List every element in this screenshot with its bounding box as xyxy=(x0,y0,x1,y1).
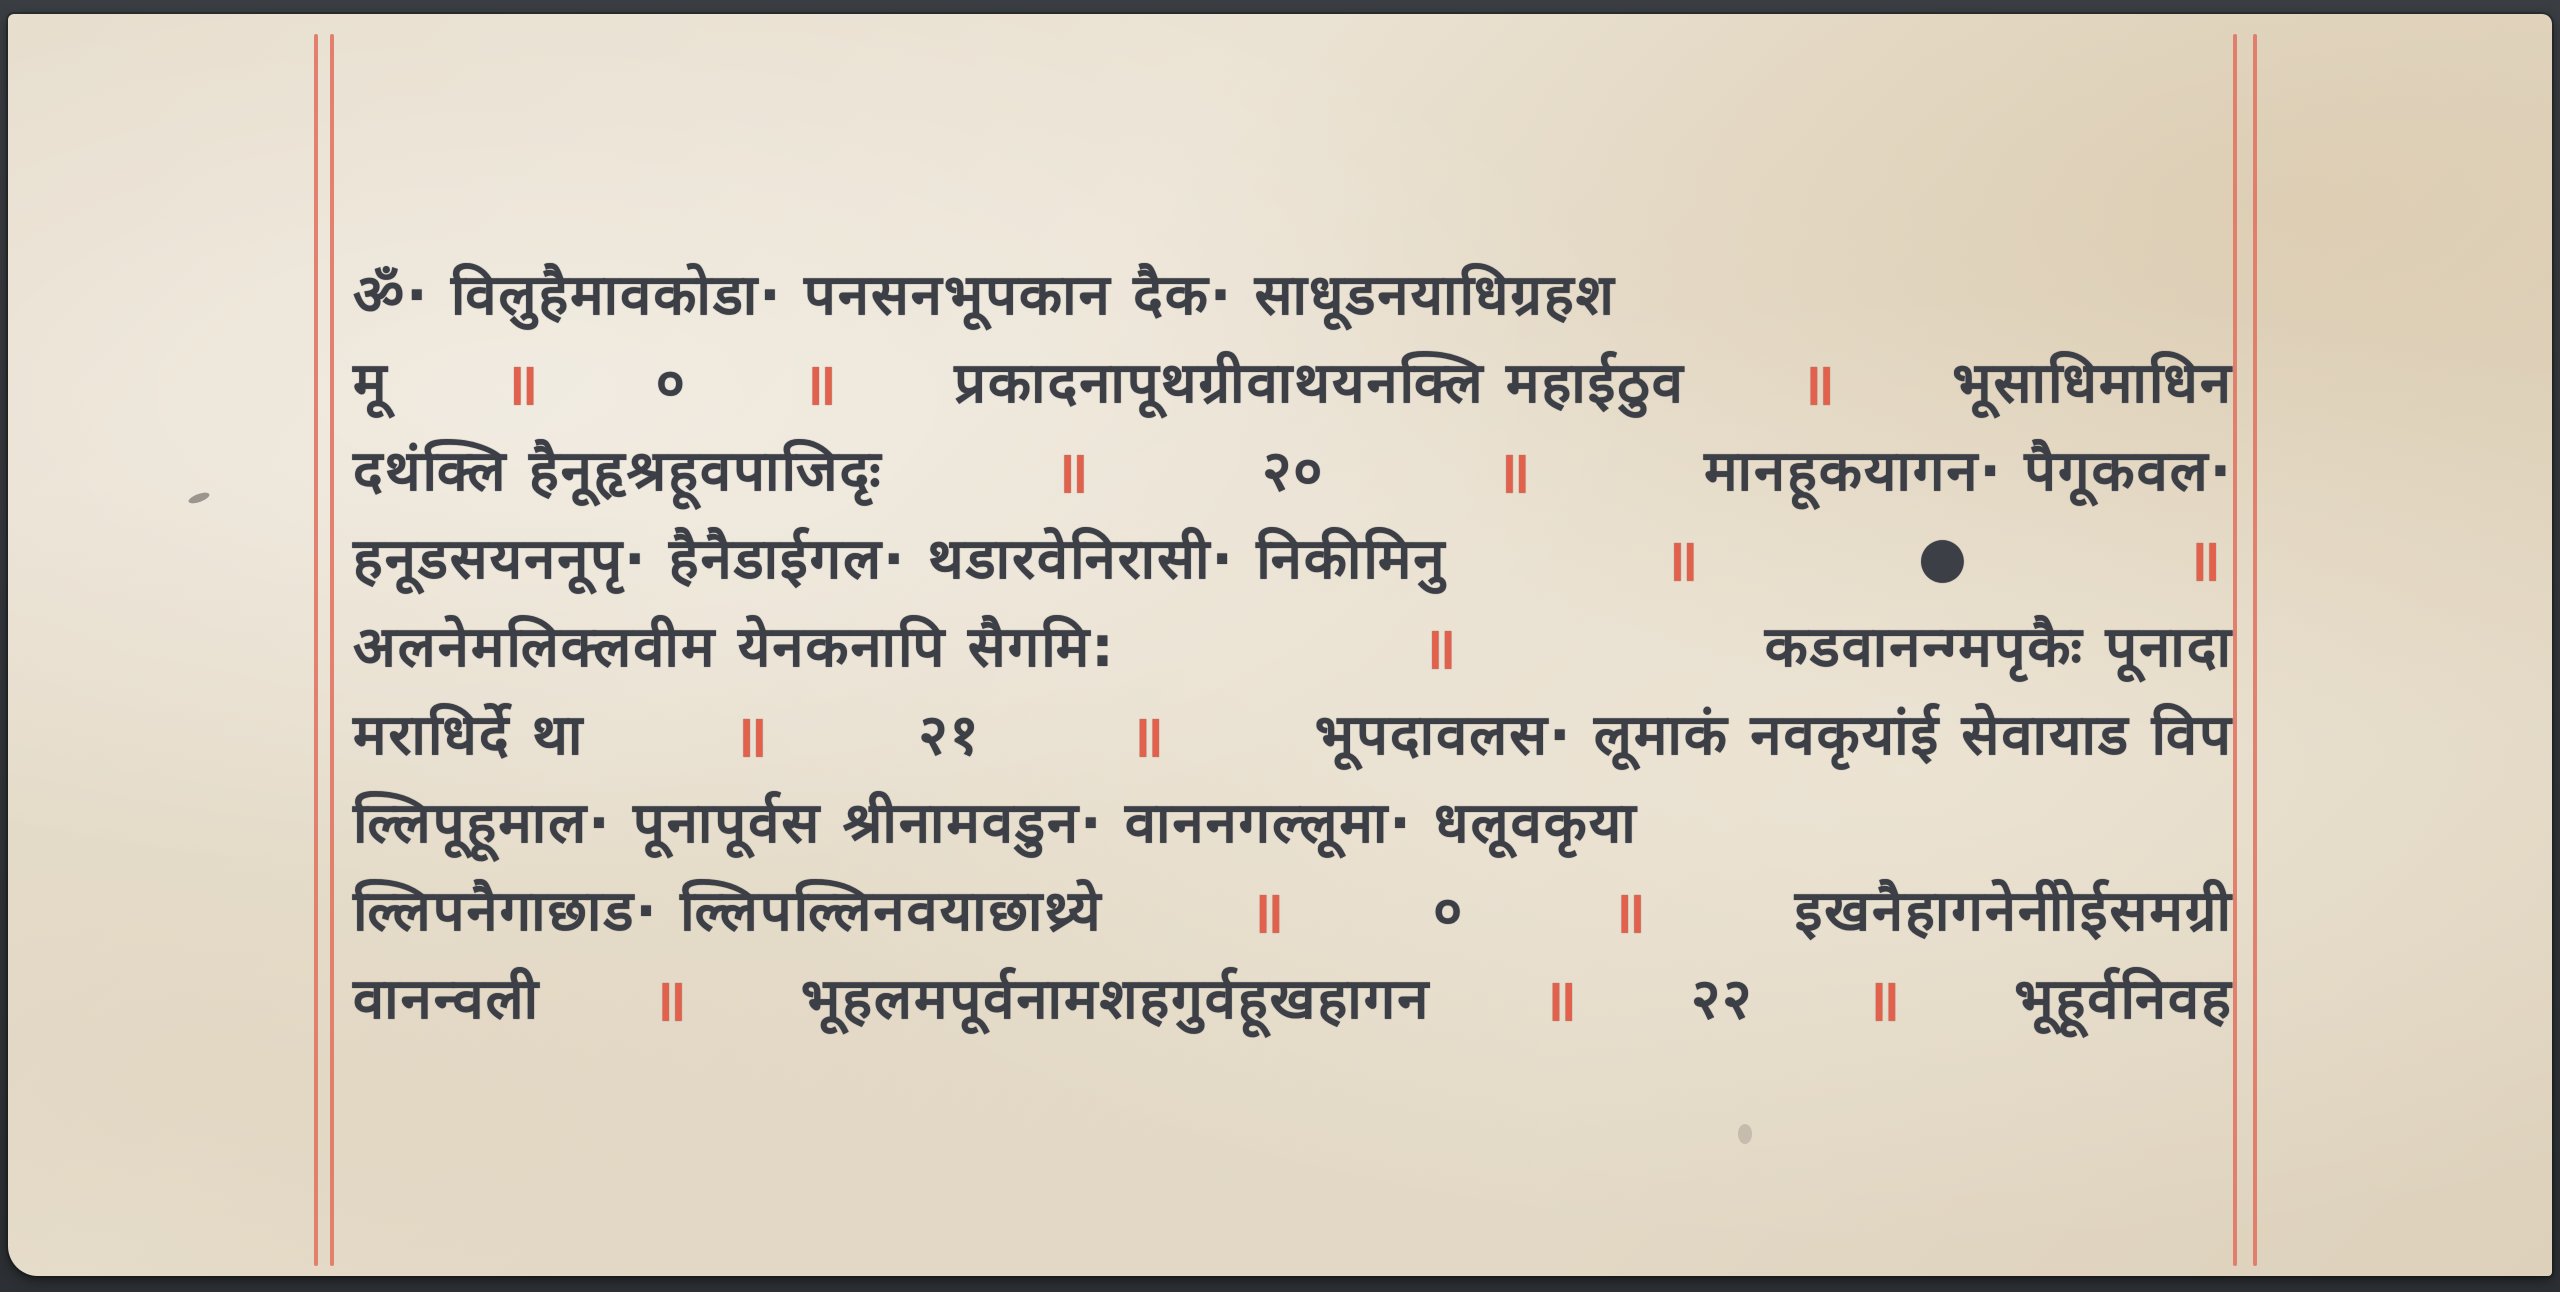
red-double-danda: ॥ xyxy=(2186,518,2223,597)
red-double-danda: ॥ xyxy=(1611,870,1648,949)
text-line-8: ल्लिपनैगाछाड· ल्लिपल्लिनवयाछाथ्र्ये ॥ ० … xyxy=(353,868,2233,950)
text-segment: अलनेमलिक्लवीम येनकनापि सैगमि: xyxy=(353,607,1116,683)
red-double-danda: ॥ xyxy=(1129,694,1166,773)
text-segment: इखनैहागनेनीोईसमग्री xyxy=(1795,871,2233,947)
red-double-danda: ॥ xyxy=(1054,430,1091,509)
text-segment: मानहूकयागन· पैगूकवल· xyxy=(1704,431,2233,507)
text-segment: भूहूर्वनिवह xyxy=(2014,959,2233,1035)
manuscript-text-block: ॐ· विलुहैमावकोडा· पनसनभूपकान दैक· साधूडन… xyxy=(353,252,2233,1044)
text-segment: हनूडसयननूपृ· हैनैडाईगल· थडारवेनिरासी· नि… xyxy=(353,519,1446,595)
text-line-5: अलनेमलिक्लवीम येनकनापि सैगमि: ॥ कडवानन्ग… xyxy=(353,604,2233,686)
photo-background: ॐ· विलुहैमावकोडा· पनसनभूपकान दैक· साधूडन… xyxy=(0,0,2560,1292)
ink-smudge xyxy=(1738,1124,1752,1144)
red-double-danda: ॥ xyxy=(1865,958,1902,1037)
red-double-danda: ॥ xyxy=(1496,430,1533,509)
text-line-3: दथंक्लि हैनूहृश्रहूवपाजिदृः ॥ २० ॥ मानहू… xyxy=(353,428,2233,510)
red-double-danda: ॥ xyxy=(1422,606,1459,685)
text-segment: ॐ· विलुहैमावकोडा· पनसनभूपकान दैक· साधूडन… xyxy=(353,255,1616,331)
verse-marker: ० xyxy=(656,343,687,419)
manuscript-folio: ॐ· विलुहैमावकोडा· पनसनभूपकान दैक· साधूडन… xyxy=(8,14,2552,1276)
text-segment: मराधिर्दे था xyxy=(353,695,584,771)
text-segment: दथंक्लि हैनूहृश्रहूवपाजिदृः xyxy=(353,431,883,507)
text-line-7: ल्लिपूहूमाल· पूनापूर्वस श्रीनामवडुन· वान… xyxy=(353,780,2233,862)
text-segment: कडवानन्ग्मपृकैः पूनादा xyxy=(1765,607,2233,683)
text-line-2: मू ॥ ० ॥ प्रकादनापूथग्रीवाथयनक्लि महाईठु… xyxy=(353,340,2233,422)
red-double-danda: ॥ xyxy=(652,958,689,1037)
verse-number: २१ xyxy=(918,695,980,771)
red-double-danda: ॥ xyxy=(802,342,839,421)
text-line-6: मराधिर्दे था ॥ २१ ॥ भूपदावलस· लूमाकं नवक… xyxy=(353,692,2233,774)
verse-marker: ० xyxy=(1433,871,1464,947)
red-double-danda: ॥ xyxy=(1800,342,1837,421)
red-double-danda: ॥ xyxy=(1250,870,1287,949)
text-line-4: हनूडसयननूपृ· हैनैडाईगल· थडारवेनिरासी· नि… xyxy=(353,516,2233,598)
text-segment: मू xyxy=(353,343,389,419)
right-margin-rule-outer xyxy=(2253,34,2257,1266)
text-segment: वानन्वली xyxy=(353,959,540,1035)
text-segment: प्रकादनापूथग्रीवाथयनक्लि महाईठुव xyxy=(954,343,1685,419)
right-margin-rule-inner xyxy=(2233,34,2237,1266)
text-segment: भूपदावलस· लूमाकं नवकृयांई सेवायाड विप xyxy=(1315,695,2233,771)
text-segment: ल्लिपूहूमाल· पूनापूर्वस श्रीनामवडुन· वान… xyxy=(353,783,1638,859)
red-double-danda: ॥ xyxy=(1542,958,1579,1037)
verse-marker: ● xyxy=(1918,525,1969,590)
text-segment: ल्लिपनैगाछाड· ल्लिपल्लिनवयाछाथ्र्ये xyxy=(353,871,1103,947)
verse-number: २० xyxy=(1262,431,1324,507)
text-segment: भूहलमपूर्वनामशहगुर्वहूखहागन xyxy=(801,959,1430,1035)
left-margin-rule-outer xyxy=(314,34,318,1266)
text-line-1: ॐ· विलुहैमावकोडा· पनसनभूपकान दैक· साधूडन… xyxy=(353,252,2233,334)
left-margin-rule-inner xyxy=(330,34,334,1266)
red-double-danda: ॥ xyxy=(504,342,541,421)
red-double-danda: ॥ xyxy=(1664,518,1701,597)
text-line-9: वानन्वली ॥ भूहलमपूर्वनामशहगुर्वहूखहागन ॥… xyxy=(353,956,2233,1038)
text-segment: भूसाधिमाधिन xyxy=(1952,343,2233,419)
red-double-danda: ॥ xyxy=(733,694,770,773)
ink-blemish xyxy=(187,490,210,505)
verse-number: २२ xyxy=(1691,959,1753,1035)
